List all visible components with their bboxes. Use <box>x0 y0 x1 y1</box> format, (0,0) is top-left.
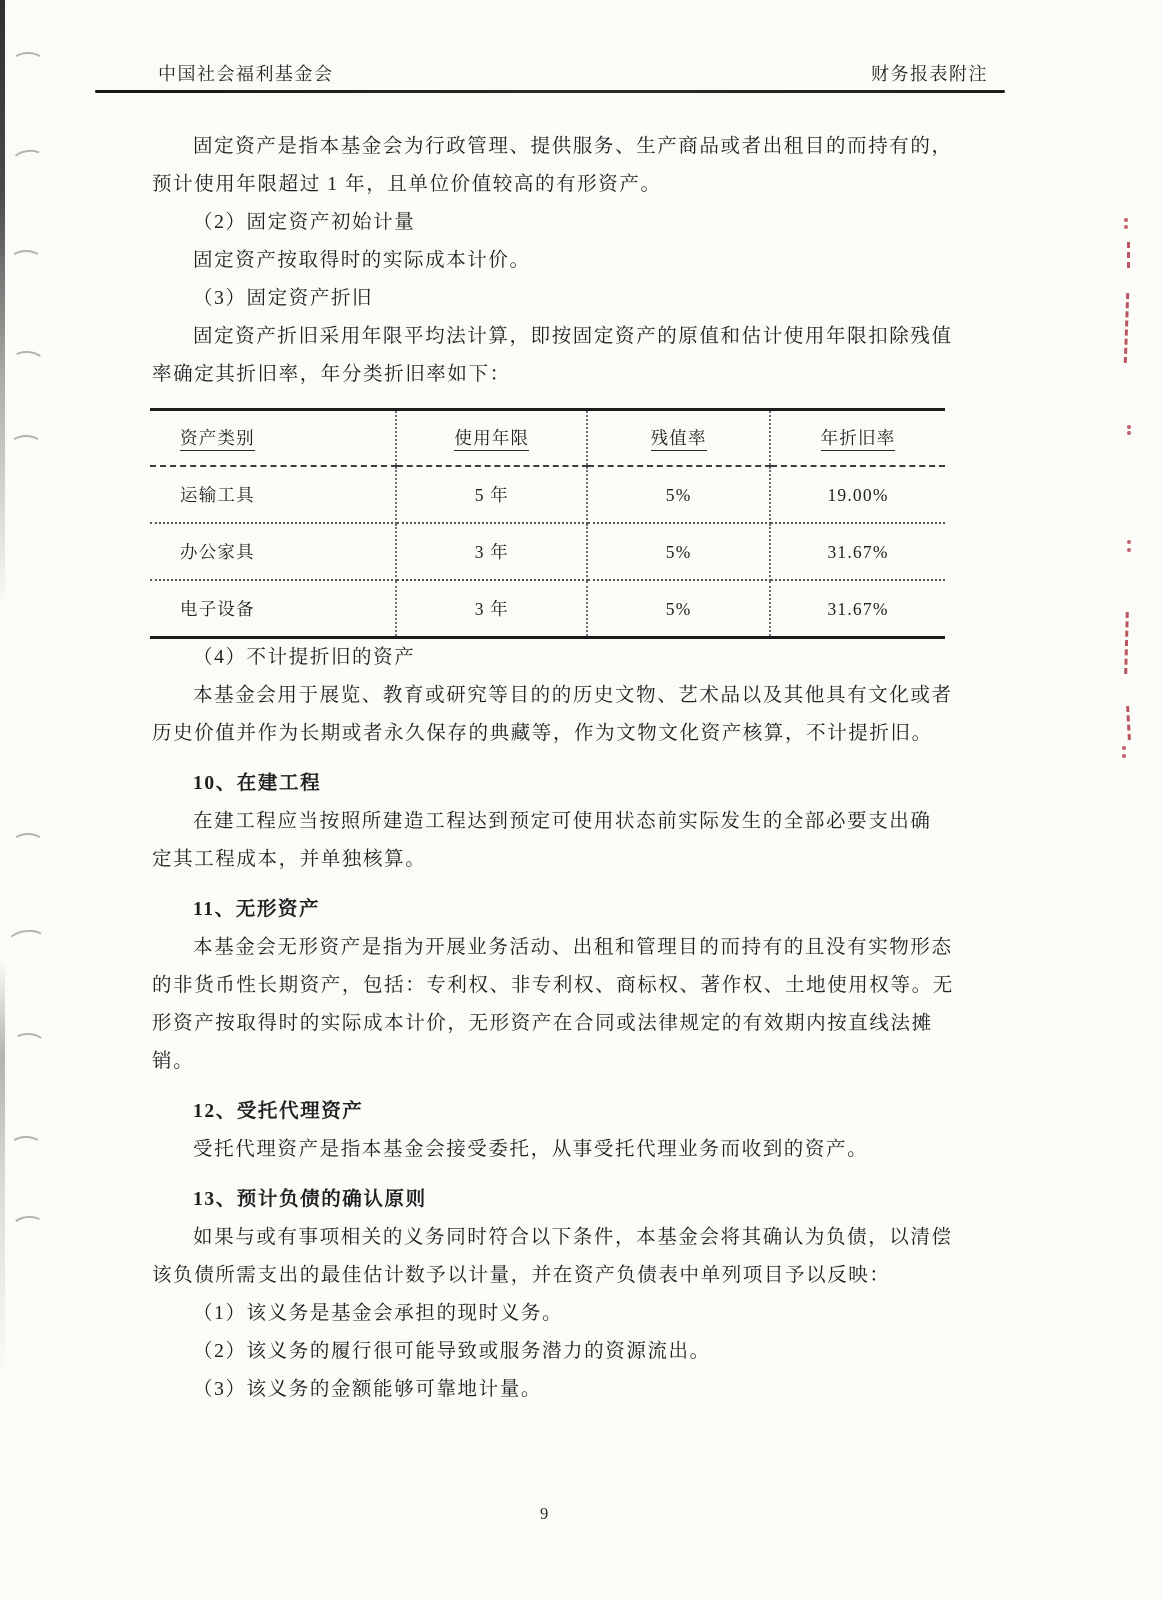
table-cell: 3 年 <box>396 580 587 638</box>
paragraph-line: 在建工程应当按照所建造工程达到预定可使用状态前实际发生的全部必要支出确 <box>152 803 988 841</box>
paragraph-line: 历史价值并作为长期或者永久保存的典藏等，作为文物文化资产核算，不计提折旧。 <box>152 715 988 753</box>
binding-hole-mark <box>12 52 44 71</box>
header-doc-title: 财务报表附注 <box>871 60 988 86</box>
binding-hole-mark <box>11 1215 45 1237</box>
table-header-row: 资产类别 使用年限 残值率 年折旧率 <box>150 410 945 467</box>
red-ink-mark <box>1126 706 1131 740</box>
table-header-annual-depreciation-rate: 年折旧率 <box>770 410 945 467</box>
table-header-asset-class: 资产类别 <box>150 410 396 467</box>
paragraph-line: 的非货币性长期资产，包括：专利权、非专利权、商标权、著作权、土地使用权等。无 <box>152 967 988 1005</box>
section-heading-entrusted-agency-assets: 12、受托代理资产 <box>152 1093 988 1131</box>
paragraph-line: 固定资产按取得时的实际成本计价。 <box>152 242 988 280</box>
paragraph-line: 本基金会无形资产是指为开展业务活动、出租和管理目的而持有的且没有实物形态 <box>152 929 988 967</box>
binding-hole-mark <box>11 350 45 372</box>
red-ink-mark <box>1122 746 1131 758</box>
red-ink-mark <box>1124 293 1129 363</box>
paragraph-line: 预计使用年限超过 1 年，且单位价值较高的有形资产。 <box>152 166 988 204</box>
page-number: 9 <box>540 1504 548 1524</box>
red-ink-mark <box>1127 242 1130 268</box>
subheading-fixed-asset-depreciation: （3）固定资产折旧 <box>152 280 988 318</box>
page-header: 中国社会福利基金会 财务报表附注 <box>158 60 988 86</box>
binding-hole-mark <box>10 435 42 454</box>
table-cell: 5% <box>587 523 770 580</box>
document-body: 固定资产是指本基金会为行政管理、提供服务、生产商品或者出租目的而持有的， 预计使… <box>152 128 988 1409</box>
paragraph-line: 该负债所需支出的最佳估计数予以计量，并在资产负债表中单列项目予以反映： <box>152 1257 988 1295</box>
subheading-non-depreciated-assets: （4）不计提折旧的资产 <box>152 639 988 677</box>
depreciation-rate-table: 资产类别 使用年限 残值率 年折旧率 运输工具 5 年 5% 19.00% 办公… <box>150 408 945 639</box>
binding-hole-mark <box>11 148 45 171</box>
red-ink-mark <box>1124 218 1133 229</box>
paragraph-line: 定其工程成本，并单独核算。 <box>152 841 988 879</box>
binding-hole-mark <box>6 928 48 956</box>
binding-hole-mark <box>10 1136 42 1155</box>
header-divider-line <box>95 90 1005 93</box>
paragraph-line: 形资产按取得时的实际成本计价，无形资产在合同或法律规定的有效期内按直线法摊 <box>152 1005 988 1043</box>
table-header-useful-life: 使用年限 <box>396 410 587 467</box>
red-ink-mark <box>1124 612 1129 674</box>
paragraph-line: 销。 <box>152 1043 988 1081</box>
table-header-residual-rate: 残值率 <box>587 410 770 467</box>
paragraph-line: 如果与或有事项相关的义务同时符合以下条件，本基金会将其确认为负债，以清偿 <box>152 1219 988 1257</box>
table-cell: 31.67% <box>770 580 945 638</box>
paragraph-line: （3）该义务的金额能够可靠地计量。 <box>152 1371 988 1409</box>
table-cell: 5% <box>587 466 770 523</box>
table-cell: 19.00% <box>770 466 945 523</box>
table-row: 办公家具 3 年 5% 31.67% <box>150 523 945 580</box>
paragraph-line: （1）该义务是基金会承担的现时义务。 <box>152 1295 988 1333</box>
table-row: 运输工具 5 年 5% 19.00% <box>150 466 945 523</box>
paragraph-line: 本基金会用于展览、教育或研究等目的的历史文物、艺术品以及其他具有文化或者 <box>152 677 988 715</box>
table-cell: 运输工具 <box>150 466 396 523</box>
paragraph-line: 受托代理资产是指本基金会接受委托，从事受托代理业务而收到的资产。 <box>152 1131 988 1169</box>
table-cell: 办公家具 <box>150 523 396 580</box>
table-row: 电子设备 3 年 5% 31.67% <box>150 580 945 638</box>
red-ink-mark <box>1127 425 1136 435</box>
binding-hole-mark <box>12 833 44 852</box>
paragraph-line: 固定资产是指本基金会为行政管理、提供服务、生产商品或者出租目的而持有的， <box>152 128 988 166</box>
scan-edge-shadow <box>0 0 5 1600</box>
section-heading-intangible-assets: 11、无形资产 <box>152 891 988 929</box>
binding-hole-mark <box>12 1032 45 1053</box>
section-heading-construction-in-progress: 10、在建工程 <box>152 765 988 803</box>
table-cell: 5% <box>587 580 770 638</box>
table-cell: 31.67% <box>770 523 945 580</box>
paragraph-line: 率确定其折旧率，年分类折旧率如下： <box>152 356 988 394</box>
document-page: 中国社会福利基金会 财务报表附注 固定资产是指本基金会为行政管理、提供服务、生产… <box>0 0 1162 1600</box>
binding-hole-mark <box>10 250 42 269</box>
subheading-fixed-asset-initial-measure: （2）固定资产初始计量 <box>152 204 988 242</box>
table-cell: 5 年 <box>396 466 587 523</box>
table-cell: 3 年 <box>396 523 587 580</box>
table-cell: 电子设备 <box>150 580 396 638</box>
red-ink-mark <box>1127 540 1136 552</box>
header-org-name: 中国社会福利基金会 <box>158 60 334 86</box>
section-heading-estimated-liabilities: 13、预计负债的确认原则 <box>152 1181 988 1219</box>
paragraph-line: （2）该义务的履行很可能导致或服务潜力的资源流出。 <box>152 1333 988 1371</box>
paragraph-line: 固定资产折旧采用年限平均法计算，即按固定资产的原值和估计使用年限扣除残值 <box>152 318 988 356</box>
